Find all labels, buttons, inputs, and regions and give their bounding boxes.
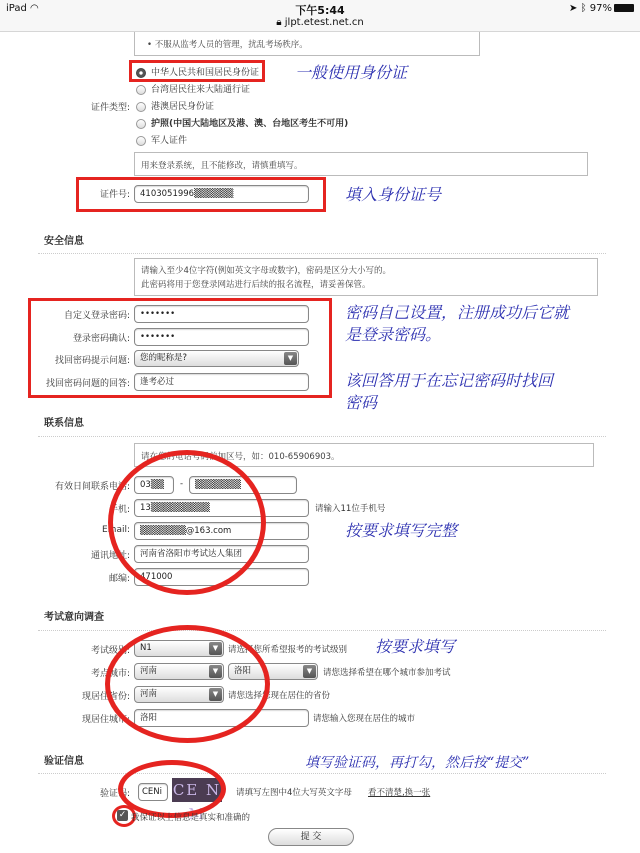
id-type-option-4[interactable]: 军人证件 — [136, 133, 187, 146]
id-number-label: 证件号: — [80, 187, 130, 200]
location-icon: ➤ — [569, 3, 577, 14]
annotation-survey: 按要求填写 — [375, 634, 455, 657]
radio-icon[interactable] — [136, 102, 146, 112]
section-title-contact: 联系信息 — [44, 414, 84, 429]
id-type-option-1[interactable]: 台湾居民往来大陆通行证 — [136, 82, 250, 95]
password-notice-line: 请输入至少4位字符(例如英文字母或数字)，密码是区分大小写的。 — [141, 264, 597, 278]
status-right: ➤ ᛒ 97% — [569, 3, 634, 14]
highlight-contact-circle — [108, 450, 266, 595]
id-type-option-label: 中华人民共和国居民身份证 — [151, 68, 259, 78]
id-number-input[interactable]: 4103051996▒▒▒▒▒▒ — [134, 185, 309, 203]
rules-bullet-text: 不服从监考人员的管理，扰乱考场秩序。 — [155, 40, 308, 50]
id-number-notice-text: 用来登录系统，且不能修改，请慎重填写。 — [135, 153, 587, 171]
radio-icon[interactable] — [136, 85, 146, 95]
annotation-answer-line: 密码 — [345, 392, 553, 414]
bluetooth-icon: ᛒ — [581, 3, 587, 14]
radio-icon[interactable] — [136, 119, 146, 129]
annotation-id-number: 填入身份证号 — [345, 182, 441, 205]
annotation-password: 密码自己设置，注册成功后它就是登录密码。 — [345, 302, 569, 346]
annotation-password-line: 是登录密码。 — [345, 324, 569, 346]
address-bar[interactable]: 🔒︎ jlpt.etest.net.cn — [0, 17, 640, 28]
security-answer-label: 找回密码问题的回答: — [30, 376, 130, 389]
rules-bullet: • 不服从监考人员的管理，扰乱考场秩序。 — [135, 32, 479, 50]
lock-icon: 🔒︎ — [276, 17, 281, 28]
id-type-option-label: 台湾居民往来大陆通行证 — [151, 85, 250, 95]
annotation-verification: 填写验证码，再打勾，然后按“提交” — [305, 752, 529, 772]
id-number-notice: 用来登录系统，且不能修改，请慎重填写。 — [134, 152, 588, 176]
annotation-password-line: 密码自己设置，注册成功后它就 — [345, 302, 569, 324]
rules-notice: • 不服从监考人员的管理，扰乱考场秩序。 — [134, 32, 480, 56]
zip-label: 邮编: — [30, 571, 130, 584]
confirm-password-input[interactable]: ••••••• — [134, 328, 309, 346]
highlight-survey-circle — [105, 625, 270, 743]
security-answer-input[interactable]: 逢考必过 — [134, 373, 309, 391]
section-divider — [38, 253, 606, 254]
security-question-value: 您的昵称是? — [140, 353, 187, 363]
radio-icon[interactable] — [136, 136, 146, 146]
section-title-exam-survey: 考试意向调查 — [44, 608, 104, 623]
annotation-answer-line: 该回答用于在忘记密码时找回 — [345, 370, 553, 392]
section-title-security: 安全信息 — [44, 232, 84, 247]
dropdown-arrow-icon: ▼ — [284, 352, 297, 365]
annotation-contact: 按要求填写完整 — [345, 518, 457, 541]
security-question-label: 找回密码提示问题: — [36, 353, 130, 366]
confirm-password-label: 登录密码确认: — [36, 331, 130, 344]
password-label: 自定义登录密码: — [36, 308, 130, 321]
id-type-label: 证件类型: — [60, 100, 130, 113]
dropdown-arrow-icon: ▼ — [303, 665, 316, 678]
id-type-option-0[interactable]: 中华人民共和国居民身份证 — [136, 65, 259, 78]
section-divider — [38, 630, 606, 631]
residence-city-hint: 请您输入您现在居住的城市 — [313, 712, 415, 724]
password-notice: 请输入至少4位字符(例如英文字母或数字)，密码是区分大小写的。此密码将用于您登录… — [134, 258, 598, 296]
clock: 下午5:44 — [0, 2, 640, 18]
battery-icon — [614, 4, 634, 12]
exam-city-hint: 请您选择希望在哪个城市参加考试 — [323, 666, 451, 678]
radio-selected-icon[interactable] — [136, 68, 146, 78]
id-type-option-3[interactable]: 护照(中国大陆地区及港、澳、台地区考生不可用) — [136, 116, 348, 129]
id-type-option-label: 军人证件 — [151, 136, 187, 146]
mobile-hint: 请输入11位手机号 — [315, 502, 385, 514]
section-divider — [38, 773, 606, 774]
id-type-option-2[interactable]: 港澳居民身份证 — [136, 99, 214, 112]
section-divider — [38, 436, 606, 437]
browser-status-bar: iPad ◠ 下午5:44 🔒︎ jlpt.etest.net.cn ➤ ᛒ 9… — [0, 0, 640, 32]
password-notice-line: 此密码将用于您登录网站进行后续的报名流程，请妥善保管。 — [141, 278, 597, 292]
id-type-option-label: 护照(中国大陆地区及港、澳、台地区考生不可用) — [151, 119, 348, 129]
submit-button[interactable]: 提 交 — [268, 828, 354, 846]
battery-percent: 97% — [590, 3, 612, 14]
url-text: jlpt.etest.net.cn — [285, 17, 364, 28]
password-input[interactable]: ••••••• — [134, 305, 309, 323]
agree-label: 我保证以上信息是真实和准确的 — [131, 811, 250, 823]
annotation-answer: 该回答用于在忘记密码时找回密码 — [345, 370, 553, 414]
annotation-id-type: 一般使用身份证 — [295, 60, 407, 83]
id-type-option-label: 港澳居民身份证 — [151, 102, 214, 112]
captcha-hint: 请填写左图中4位大写英文字母 — [236, 786, 352, 798]
refresh-captcha-link[interactable]: 看不清楚,换一张 — [368, 786, 430, 798]
residence-city-label: 现居住城市: — [30, 712, 130, 725]
security-question-select[interactable]: 您的昵称是?▼ — [134, 350, 299, 367]
section-title-verification: 验证信息 — [44, 752, 84, 767]
